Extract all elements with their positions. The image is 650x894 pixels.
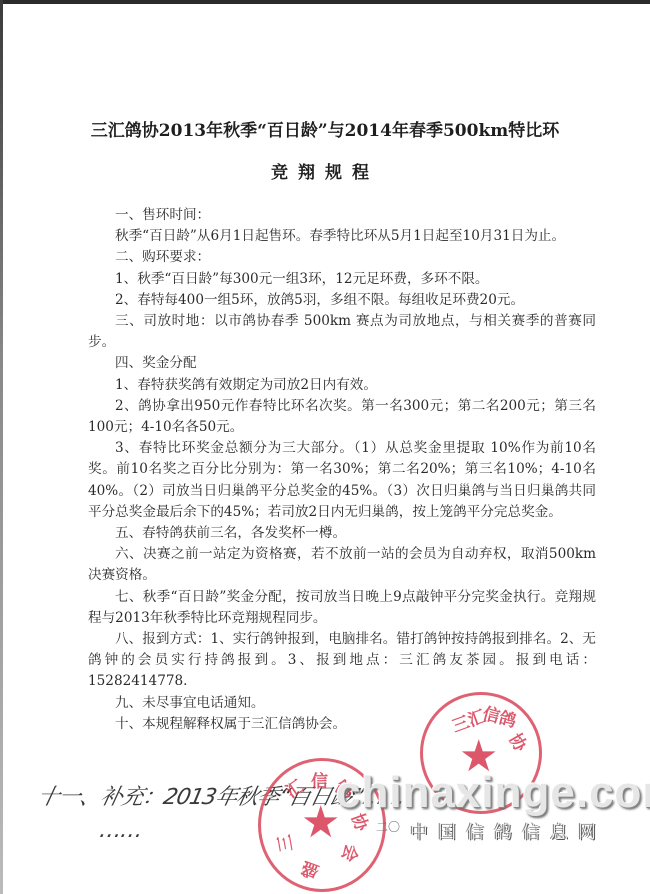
- paragraph: 2、春特每400一组5环，放鸽5羽，多组不限。每组收足环费20元。: [88, 290, 596, 311]
- paragraph: 3、春特比环奖金总额分为三大部分。（1）从总奖金里提取 10%作为前10名奖。前…: [88, 438, 596, 523]
- paragraph: 秋季“百日龄”从6月1日起售环。春季特比环从5月1日起至10月31日为止。: [88, 226, 596, 247]
- document-title: 三汇鸽协2013年秋季“百日龄”与2014年春季500km特比环: [0, 116, 650, 141]
- paragraph: 1、秋季“百日龄”每300元一组3环，12元足环费，多环不限。: [88, 269, 596, 290]
- paragraph: 六、决赛之前一站定为资格赛，若不放前一站的会员为自动弃权，取消500km决赛资格…: [88, 544, 596, 586]
- scan-top-edge: [0, 0, 650, 4]
- handwritten-note-line2: ……: [97, 818, 144, 843]
- section-heading-4: 四、奖金分配: [88, 353, 596, 374]
- paragraph: 2、鸽协拿出950元作春特比环名次奖。第一名300元；第二名200元；第三名10…: [88, 396, 596, 438]
- document-body: 一、售环时间： 秋季“百日龄”从6月1日起售环。春季特比环从5月1日起至10月3…: [88, 205, 596, 735]
- watermark-site-name: 中国信鸽信息网: [410, 818, 606, 844]
- watermark-domain: chinaxinge.com: [336, 768, 650, 818]
- section-heading-2: 二、购环要求：: [88, 247, 596, 268]
- document-subtitle: 竞翔规程: [0, 158, 650, 183]
- paragraph: 1、春特获奖鸽有效期定为司放2日内有效。: [88, 375, 596, 396]
- paragraph: 五、春特鸽获前三名，各发奖杯一樽。: [88, 523, 596, 544]
- paragraph: 八、报到方式：1、实行鸽钟报到，电脑排名。错打鸽钟按持鸽报到排名。2、无鸽钟的会…: [88, 629, 596, 693]
- date-fragment: 二〇: [376, 818, 400, 835]
- section-heading-1: 一、售环时间：: [88, 205, 596, 226]
- paragraph: 七、秋季“百日龄”奖金分配，按司放当日晚上9点敲钟平分完奖金执行。竞翔规程与20…: [88, 587, 596, 629]
- star-icon: ★: [301, 801, 340, 845]
- paragraph: 三、司放时地：以市鸽协春季 500km 赛点为司放地点，与相关赛季的普赛同步。: [88, 311, 596, 353]
